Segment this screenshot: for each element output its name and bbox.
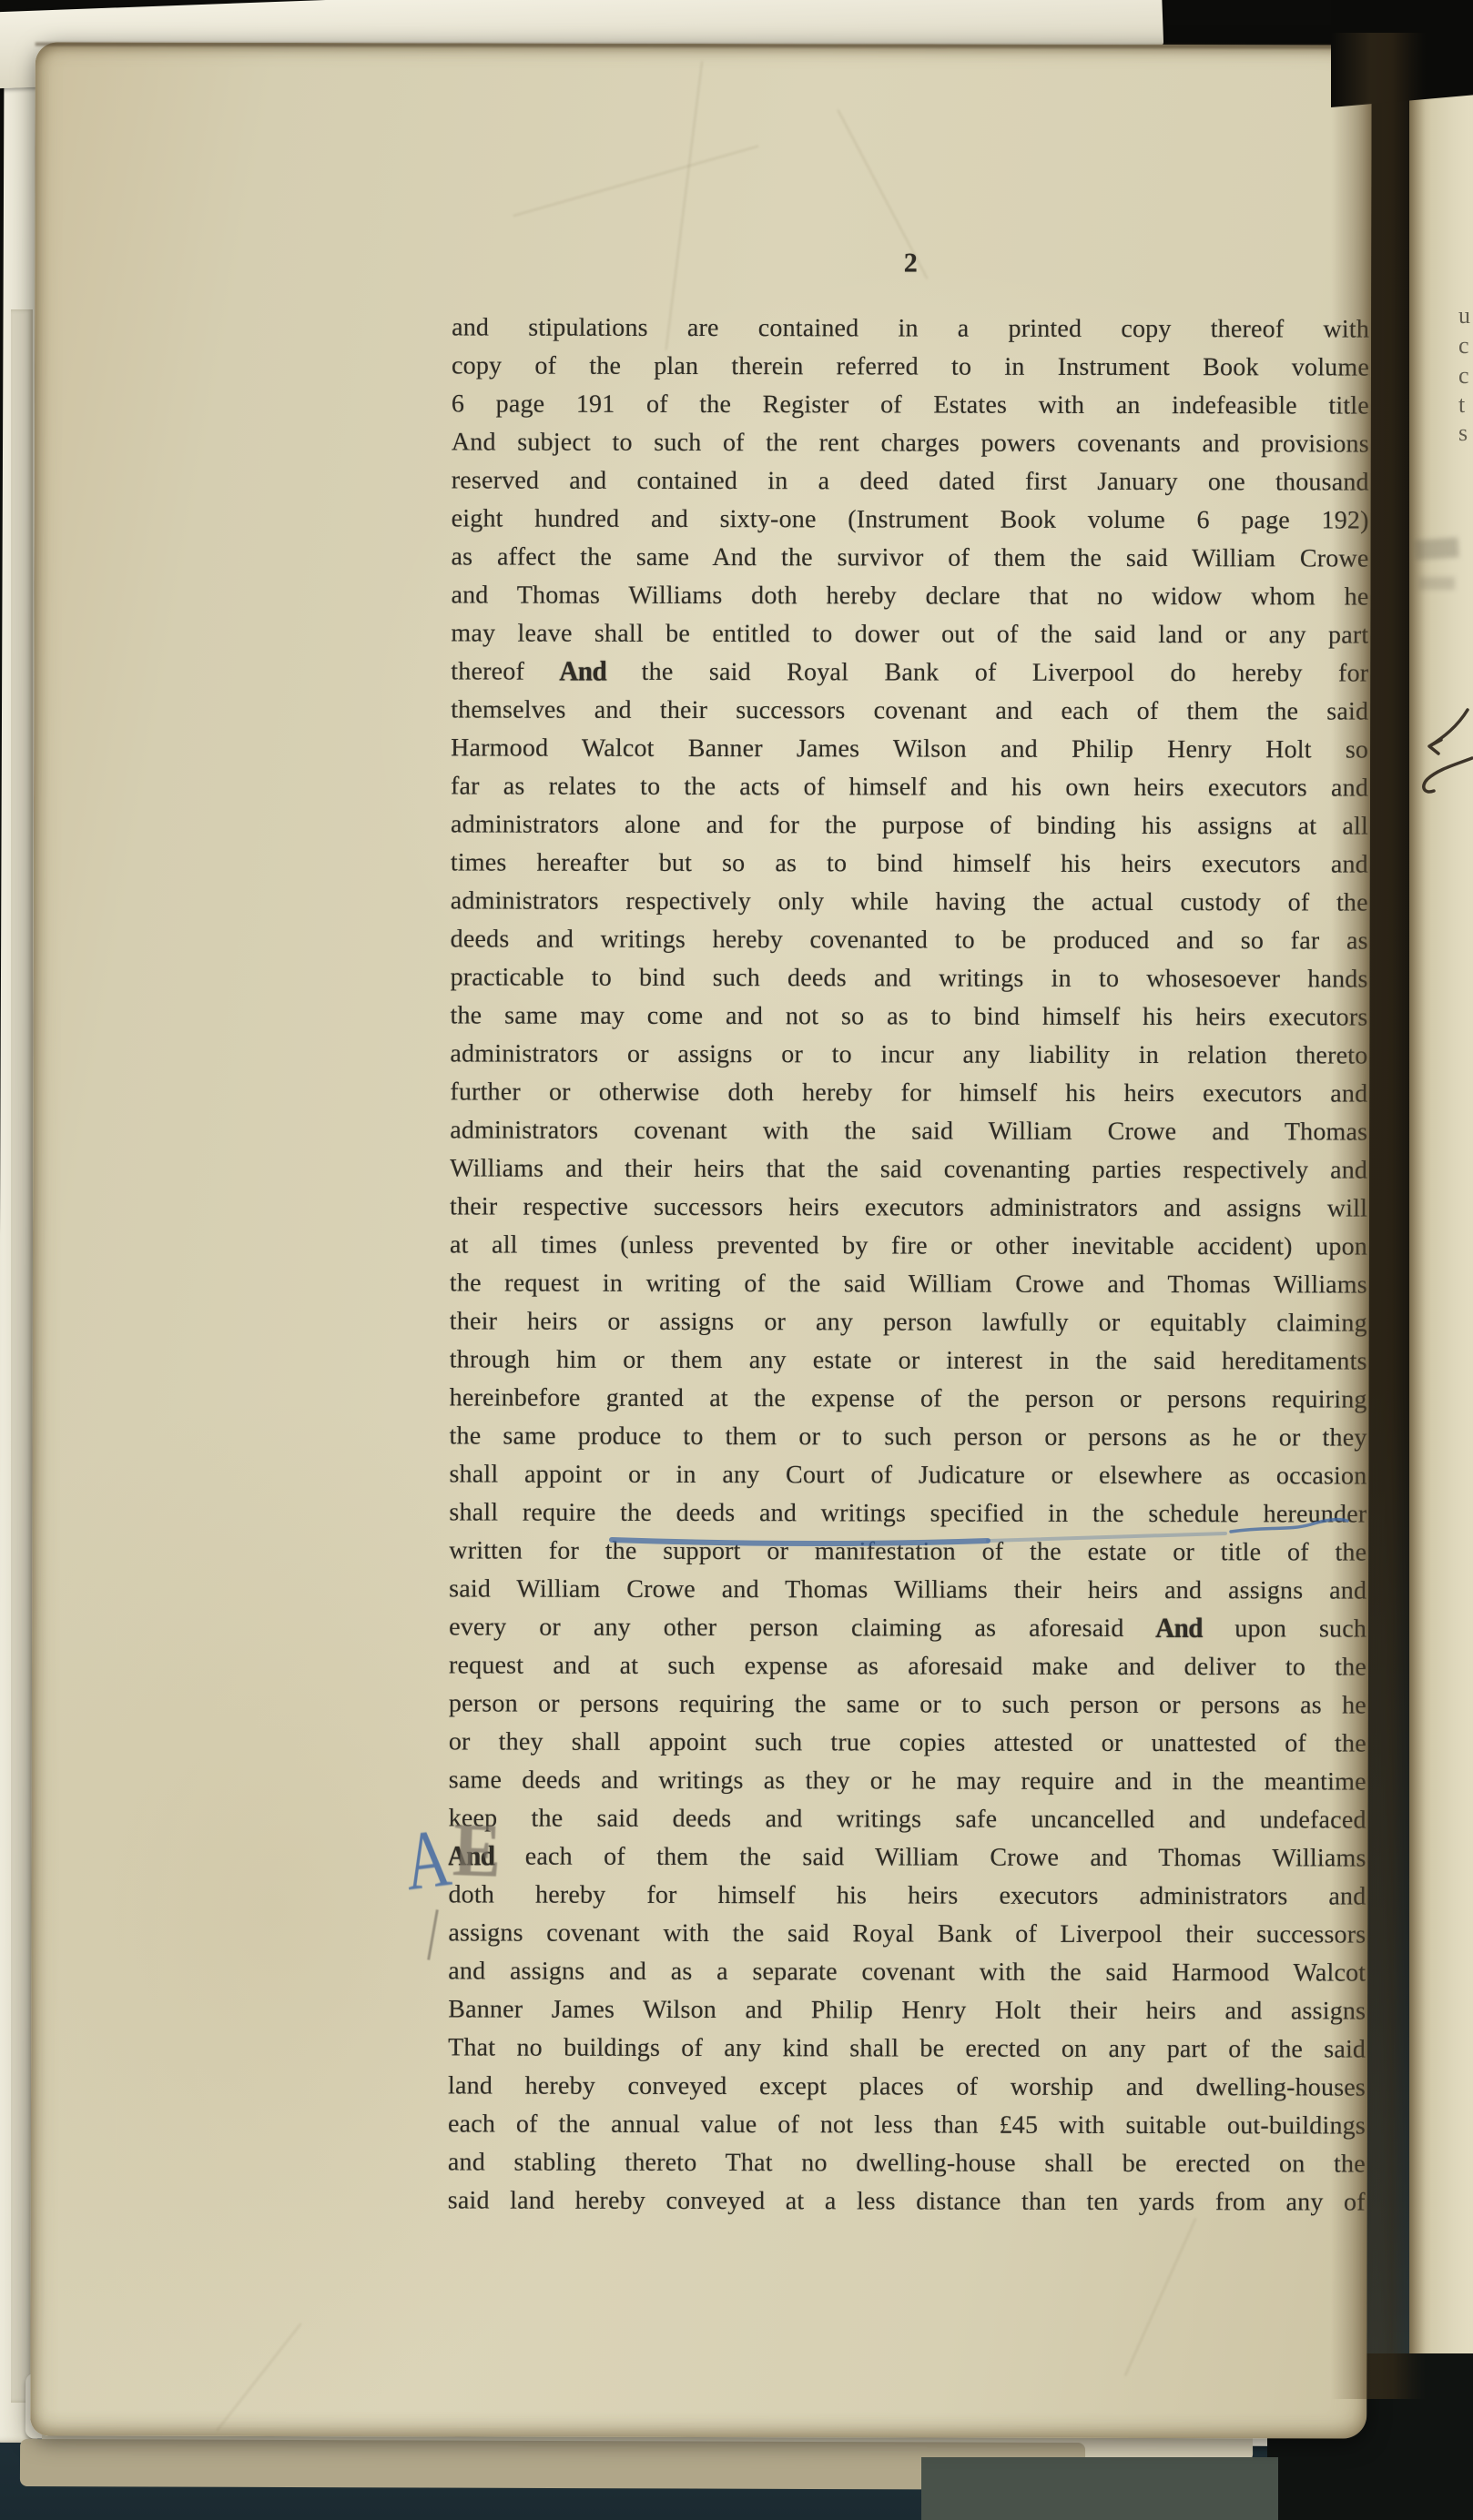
text-segment: further or otherwise doth hereby for him… [450, 1078, 1367, 1108]
text-segment: and stipulations are contained in a prin… [452, 313, 1369, 343]
text-segment: times hereafter but so as to bind himsel… [451, 848, 1368, 878]
text-line: every or any other person claiming as af… [449, 1608, 1366, 1648]
pencil-smudge [1418, 577, 1455, 590]
blackletter-and: And [559, 653, 606, 693]
text-segment: said land hereby conveyed at a less dist… [448, 2186, 1366, 2216]
text-line: deeds and writings hereby covenanted to … [451, 920, 1368, 960]
text-line: through him or them any estate or intere… [450, 1341, 1367, 1381]
text-line: the request in writing of the said Willi… [450, 1264, 1367, 1304]
text-segment: at all times (unless prevented by fire o… [450, 1230, 1367, 1260]
text-segment: and assigns and as a separate covenant w… [448, 1957, 1366, 1987]
text-segment: That no buildings of any kind shall be e… [448, 2033, 1366, 2063]
text-segment: every or any other person claiming as af… [449, 1613, 1156, 1643]
text-line: times hereafter but so as to bind himsel… [451, 844, 1368, 884]
pencil-smudge [1414, 537, 1458, 560]
text-line: may leave shall be entitled to dower out… [451, 614, 1368, 654]
text-segment: the same produce to them or to such pers… [450, 1422, 1367, 1452]
text-segment: Williams and their heirs that the said c… [450, 1154, 1367, 1184]
text-segment: through him or them any estate or intere… [450, 1345, 1367, 1375]
text-line: each of the annual value of not less tha… [448, 2105, 1366, 2145]
text-segment: shall require the deeds and writings spe… [449, 1498, 1366, 1528]
text-segment: same deeds and writings as they or he ma… [449, 1766, 1366, 1796]
text-line: and Thomas Williams doth hereby declare … [451, 576, 1368, 616]
text-line: and stipulations are contained in a prin… [452, 309, 1369, 349]
text-block: and stipulations are contained in a prin… [448, 309, 1369, 2221]
text-segment: administrators alone and for the purpose… [451, 810, 1368, 840]
text-line: same deeds and writings as they or he ma… [449, 1761, 1366, 1801]
text-segment: upon such [1202, 1614, 1366, 1643]
text-segment: themselves and their successors covenant… [451, 695, 1368, 725]
text-line: written for the support or manifestation… [449, 1532, 1366, 1572]
table-surface [921, 2457, 1278, 2520]
text-segment: And subject to such of the rent charges … [452, 428, 1369, 458]
text-segment: copy of the plan therein referred to in … [452, 351, 1369, 381]
paper-crease [1124, 2218, 1196, 2376]
text-segment: hereinbefore granted at the expense of t… [450, 1383, 1367, 1413]
text-line: assigns covenant with the said Royal Ban… [448, 1914, 1366, 1954]
text-line: shall appoint or in any Court of Judicat… [449, 1455, 1366, 1495]
text-line: Harmood Walcot Banner James Wilson and P… [451, 729, 1368, 769]
text-segment: or they shall appoint such true copies a… [449, 1727, 1366, 1757]
text-segment: written for the support or manifestation… [449, 1536, 1366, 1566]
text-line: Williams and their heirs that the said c… [450, 1149, 1367, 1189]
text-segment: Harmood Walcot Banner James Wilson and P… [451, 734, 1368, 764]
text-line: administrators respectively only while h… [451, 882, 1368, 922]
text-segment: deeds and writings hereby covenanted to … [451, 925, 1368, 955]
next-page-edge: uccts [1409, 24, 1473, 2366]
text-segment: the request in writing of the said Willi… [450, 1269, 1367, 1299]
text-line: hereinbefore granted at the expense of t… [450, 1379, 1367, 1419]
text-line: and assigns and as a separate covenant w… [448, 1952, 1366, 1992]
text-segment: and stabling thereto That no dwelling-ho… [448, 2148, 1366, 2178]
text-segment: practicable to bind such deeds and writi… [451, 963, 1368, 993]
text-line: person or persons requiring the same or … [449, 1685, 1366, 1725]
underlying-page-edge [11, 309, 33, 2403]
text-line: and stabling thereto That no dwelling-ho… [448, 2143, 1366, 2183]
text-line: the same may come and not so as to bind … [450, 997, 1367, 1037]
blackletter-and: And [1155, 1608, 1203, 1648]
text-segment: their heirs or assigns or any person law… [450, 1307, 1367, 1337]
facing-page-letter-fragment: t [1458, 391, 1465, 419]
text-line: as affect the same And the survivor of t… [452, 538, 1369, 578]
text-segment: the said Royal Bank of Liverpool do here… [605, 658, 1368, 688]
paper-crease [513, 146, 759, 218]
text-line: said land hereby conveyed at a less dist… [448, 2181, 1366, 2221]
text-line: administrators alone and for the purpose… [451, 805, 1368, 845]
text-segment: doth hereby for himself his heirs execut… [448, 1880, 1366, 1910]
text-segment: reserved and contained in a deed dated f… [452, 466, 1369, 496]
blackletter-and: And [449, 1837, 495, 1877]
facing-page-letter-fragment: u [1458, 302, 1470, 329]
text-line: copy of the plan therein referred to in … [452, 347, 1369, 387]
text-segment: request and at such expense as aforesaid… [449, 1651, 1366, 1681]
text-line: Banner James Wilson and Philip Henry Hol… [448, 1990, 1366, 2030]
text-line: the same produce to them or to such pers… [450, 1417, 1367, 1457]
text-line: doth hereby for himself his heirs execut… [448, 1876, 1366, 1916]
text-line: themselves and their successors covenant… [451, 691, 1368, 731]
text-segment: may leave shall be entitled to dower out… [451, 619, 1368, 649]
text-segment: and Thomas Williams doth hereby declare … [451, 581, 1368, 611]
text-segment: Banner James Wilson and Philip Henry Hol… [448, 1995, 1366, 2025]
text-line: administrators or assigns or to incur an… [450, 1035, 1367, 1075]
text-line: And each of them the said William Crowe … [449, 1837, 1366, 1877]
text-segment: eight hundred and sixty-one (Instrument … [452, 504, 1369, 534]
book-photograph: uccts 2 and stipulations are contained i… [0, 0, 1473, 2520]
text-segment: 6 page 191 of the Register of Estates wi… [452, 390, 1369, 420]
text-line: shall require the deeds and writings spe… [449, 1493, 1366, 1533]
text-segment: their respective successors heirs execut… [450, 1192, 1367, 1222]
text-line: land hereby conveyed except places of wo… [448, 2067, 1366, 2107]
text-segment: shall appoint or in any Court of Judicat… [449, 1460, 1366, 1490]
text-segment: each of the annual value of not less tha… [448, 2110, 1366, 2140]
text-line: further or otherwise doth hereby for him… [450, 1073, 1367, 1113]
text-segment: said William Crowe and Thomas Williams t… [449, 1574, 1366, 1604]
document-page: 2 and stipulations are contained in a pr… [30, 42, 1372, 2438]
text-segment: as affect the same And the survivor of t… [452, 542, 1369, 572]
text-segment: administrators respectively only while h… [451, 886, 1368, 916]
text-segment: administrators or assigns or to incur an… [450, 1039, 1367, 1069]
text-segment: thereof [451, 657, 560, 685]
text-segment: land hereby conveyed except places of wo… [448, 2071, 1366, 2101]
text-line: their respective successors heirs execut… [450, 1188, 1367, 1228]
text-line: 6 page 191 of the Register of Estates wi… [452, 385, 1369, 425]
facing-page-letter-fragment: c [1458, 362, 1469, 390]
text-line: request and at such expense as aforesaid… [449, 1646, 1366, 1686]
text-segment: the same may come and not so as to bind … [450, 1001, 1367, 1031]
facing-page-letter-fragment: c [1458, 332, 1469, 359]
text-segment: assigns covenant with the said Royal Ban… [448, 1918, 1366, 1948]
text-line: practicable to bind such deeds and writi… [451, 958, 1368, 998]
text-line: reserved and contained in a deed dated f… [452, 461, 1369, 501]
text-line: And subject to such of the rent charges … [452, 423, 1369, 463]
page-number: 2 [452, 247, 1369, 279]
text-line: or they shall appoint such true copies a… [449, 1723, 1366, 1763]
text-line: thereof And the said Royal Bank of Liver… [451, 653, 1368, 693]
text-segment: each of them the said William Crowe and … [493, 1843, 1366, 1873]
text-line: their heirs or assigns or any person law… [450, 1302, 1367, 1342]
paper-crease [216, 2323, 301, 2431]
text-segment: far as relates to the acts of himself an… [451, 772, 1368, 802]
facing-page-letter-fragment: s [1458, 420, 1468, 447]
text-segment: keep the said deeds and writings safe un… [449, 1804, 1366, 1834]
dark-background [1331, 0, 1473, 107]
text-line: eight hundred and sixty-one (Instrument … [452, 500, 1369, 540]
text-line: keep the said deeds and writings safe un… [449, 1799, 1366, 1839]
text-line: administrators covenant with the said Wi… [450, 1111, 1367, 1151]
text-segment: person or persons requiring the same or … [449, 1689, 1366, 1719]
text-line: That no buildings of any kind shall be e… [448, 2029, 1366, 2069]
text-line: far as relates to the acts of himself an… [451, 767, 1368, 807]
text-segment: administrators covenant with the said Wi… [450, 1116, 1367, 1146]
text-line: said William Crowe and Thomas Williams t… [449, 1570, 1366, 1610]
paper-crease [665, 61, 704, 350]
text-line: at all times (unless prevented by fire o… [450, 1226, 1367, 1266]
